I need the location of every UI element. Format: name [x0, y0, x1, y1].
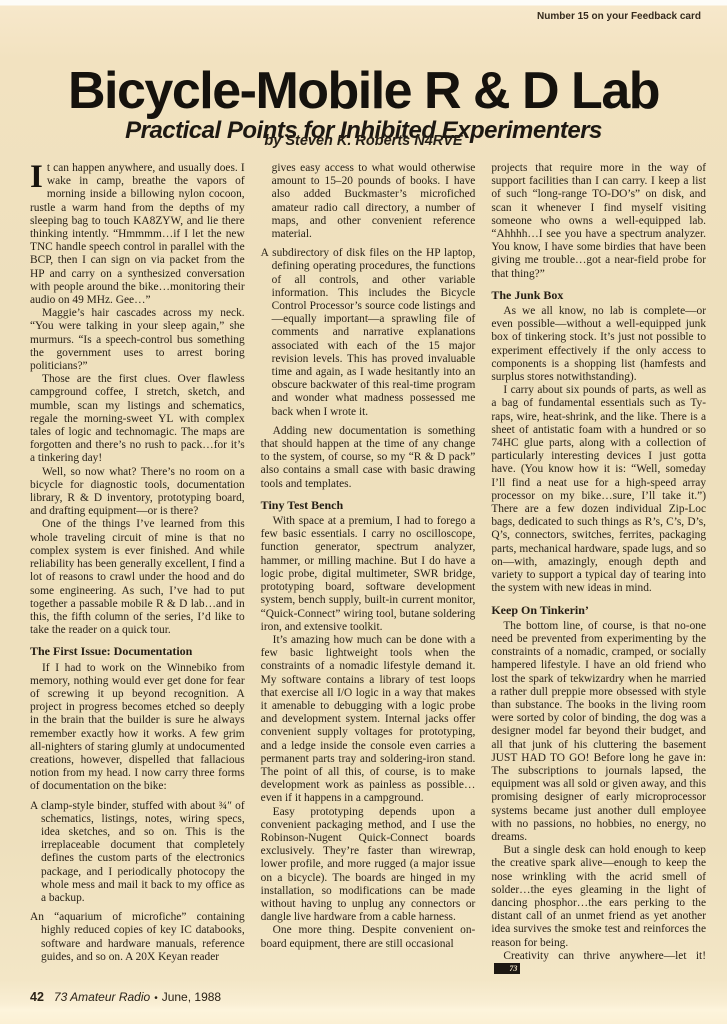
paragraph: Maggie’s hair cascades across my neck. “… [30, 307, 245, 373]
magazine-page: Number 15 on your Feedback card Bicycle-… [0, 0, 727, 1024]
magazine-name: 73 Amateur Radio [54, 990, 150, 1004]
column-1: It can happen anywhere, and usually does… [30, 162, 245, 986]
feedback-card-note: Number 15 on your Feedback card [537, 11, 701, 22]
page-number: 42 [30, 990, 44, 1004]
end-of-article-mark: 73 [494, 963, 520, 974]
section-heading: Keep On Tinkerin’ [491, 604, 706, 617]
paragraph: The bottom line, of course, is that no-o… [491, 620, 706, 844]
paragraph: Well, so now what? There’s no room on a … [30, 466, 245, 519]
paragraph: An “aquarium of microfiche” containing h… [30, 911, 245, 964]
paragraph: Adding new documentation is something th… [261, 425, 476, 491]
byline: by Steven K. Roberts N4RVE [0, 133, 727, 149]
paragraph: A clamp-style binder, stuffed with about… [30, 800, 245, 906]
paragraph: projects that require more in the way of… [491, 162, 706, 281]
paragraph: Creativity can thrive anywhere—let it!73 [491, 950, 706, 976]
paragraph: I carry about six pounds of parts, as we… [491, 384, 706, 595]
section-heading: Tiny Test Bench [261, 499, 476, 512]
column-3: projects that require more in the way of… [491, 162, 706, 986]
paragraph: Those are the first clues. Over flawless… [30, 373, 245, 465]
paragraph: One of the things I’ve learned from this… [30, 518, 245, 637]
paragraph: It’s amazing how much can be done with a… [261, 634, 476, 806]
article-body: It can happen anywhere, and usually does… [30, 162, 706, 986]
section-heading: The Junk Box [491, 289, 706, 302]
issue-date: June, 1988 [162, 990, 221, 1004]
drop-cap: I [30, 162, 47, 190]
paragraph: But a single desk can hold enough to kee… [491, 844, 706, 950]
paragraph: With space at a premium, I had to forego… [261, 515, 476, 634]
section-heading: The First Issue: Documentation [30, 645, 245, 658]
paragraph: A subdirectory of disk files on the HP l… [261, 247, 476, 419]
column-2: gives easy access to what would otherwis… [261, 162, 476, 986]
paragraph: As we all know, no lab is complete—or ev… [491, 305, 706, 384]
page-footer: 4273 Amateur Radio•June, 1988 [30, 990, 221, 1004]
paragraph: gives easy access to what would otherwis… [261, 162, 476, 241]
paragraph: It can happen anywhere, and usually does… [30, 162, 245, 307]
paragraph: Easy prototyping depends upon a convenie… [261, 806, 476, 925]
article-title: Bicycle-Mobile R & D Lab [0, 61, 727, 121]
paragraph: One more thing. Despite convenient on-bo… [261, 924, 476, 950]
footer-bullet-icon: • [154, 993, 158, 1004]
paragraph: If I had to work on the Winnebiko from m… [30, 662, 245, 794]
